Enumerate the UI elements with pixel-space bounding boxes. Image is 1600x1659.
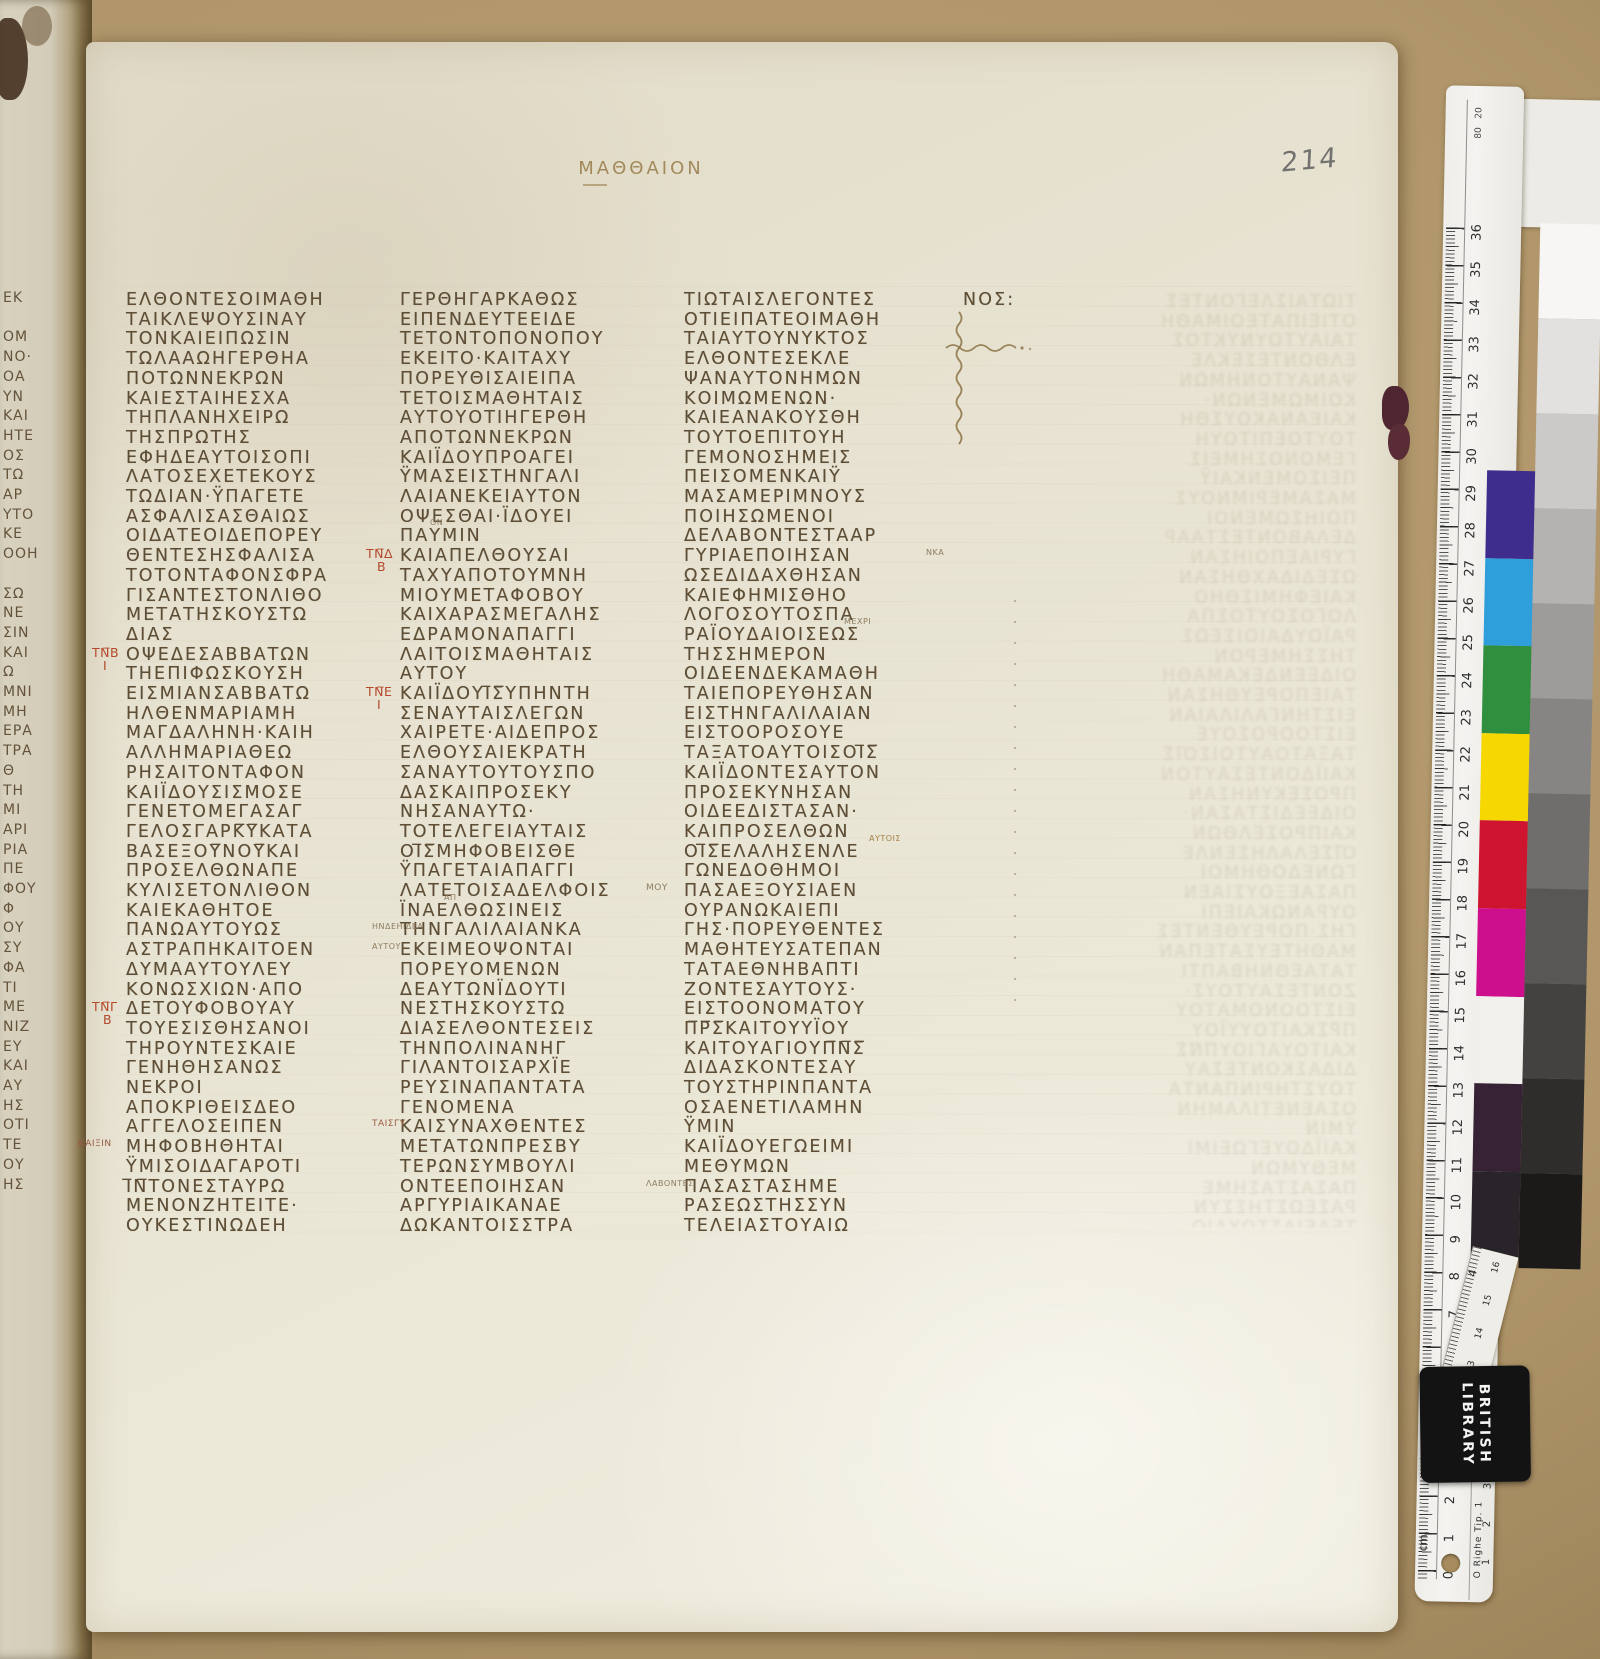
ruler-number: 27	[1462, 556, 1477, 580]
text-line: ΓΕΛΟΣΓΑΡΚ̅Υ̅ΚΑΤΑ	[126, 822, 314, 842]
text-line: ΔΙΑΣ	[126, 625, 175, 645]
text-line: ΤΗΝΠΟΛΙΝΑΝΗΓ	[400, 1039, 567, 1059]
text-line: ΤΟΥΣΤΗΡΙΝΠΑΝΤΑ	[684, 1078, 873, 1098]
ruler-mm-ticks	[1418, 227, 1455, 1579]
ruler-number: 18	[1455, 892, 1470, 916]
folio-edge-fragment: ΜΕ	[3, 999, 49, 1015]
text-line: ΤΑΙΑΥΤΟΥΝΥΚΤΟΣ	[684, 329, 870, 349]
text-line: ΚΥΛΙΣΕΤΟΝΛΙΘΟΝ	[126, 881, 312, 901]
folio-edge-fragment: Φ	[3, 901, 49, 917]
text-line: ΝΕΣΤΗΣΚΟΥΣΤΩ	[400, 999, 566, 1019]
text-line: ΟΝΤΕΕΠΟΙΗΣΑΝ	[400, 1177, 566, 1197]
ruler-top-label-80: 80	[1474, 127, 1484, 139]
color-patch	[1476, 908, 1526, 997]
text-line: ΑΠΟΤΩΝΝΕΚΡΩΝ	[400, 428, 574, 448]
text-line: ΡΗΣΑΙΤΟΝΤΑΦΟΝ	[126, 763, 306, 783]
ink-stain-2	[1388, 424, 1410, 460]
text-line: ΓΕΡΘΗΓΑΡΚΑΘΩΣ	[400, 290, 580, 310]
grayscale-card-top	[1517, 99, 1600, 229]
folding-ruler-arm: 161514131243	[1426, 1246, 1518, 1442]
ruler-number: 28	[1463, 519, 1478, 543]
folio-edge-fragment: ΣΩ	[3, 586, 49, 602]
folio-edge-fragment: ΝΕ	[3, 605, 49, 621]
arm-numbers: 161514131243	[1474, 1246, 1519, 1257]
ruler-number: 3	[1444, 1451, 1459, 1475]
arm-big-number: 4	[1466, 1268, 1480, 1278]
text-line: ΚΟΝΩΣΧΙΩΝ·ΑΠΟ	[126, 980, 304, 1000]
cm-unit-label: cm.	[1416, 1531, 1429, 1552]
cm-ruler	[1414, 85, 1524, 1602]
text-line: ΑΛΛΗΜΑΡΙΑΘΕΩ	[126, 743, 293, 763]
text-line: ΔΕΤΟΥΦΟΒΟΥΑΥ	[126, 999, 296, 1019]
text-line: ΟΙΔΑΤΕΟΙΔΕΠΟΡΕΥ	[126, 526, 323, 546]
folio-edge-fragment: ΗΤΕ	[3, 428, 49, 444]
corrector-gloss: ΜΕΧΡΙ	[844, 617, 871, 626]
text-line: ΓΕΜΟΝΟΣΗΜΕΙΣ	[684, 448, 852, 468]
british-library-label-line1: BRITISH	[1475, 1382, 1493, 1466]
ruler-number: 6	[1446, 1339, 1461, 1363]
ruler-number: 34	[1468, 295, 1483, 319]
ruler-number: 15	[1453, 1003, 1468, 1027]
text-line: ΕΛΘΟΝΤΕΣΟΙΜΑΘΗ	[126, 290, 325, 310]
ruler-numbers: 3635343332313029282726252423222120191817…	[2, 0, 1600, 3]
british-library-label-line2: LIBRARY	[1458, 1382, 1476, 1466]
text-line: Π̅Ρ̅Σ̅ΚΑΙΤΟΥΥΪΟΥ	[684, 1019, 850, 1039]
text-line: ΟΙ̅Σ̅ΕΛΑΛΗΣΕΝΛΕ	[684, 842, 860, 862]
corrector-gloss: ΑΥΤΟΙΣ	[869, 834, 901, 843]
color-patch	[1485, 470, 1535, 559]
text-line: ΗΛΘΕΝΜΑΡΙΑΜΗ	[126, 704, 297, 724]
text-line: ΑΣΤΡΑΠΗΚΑΙΤΟΕΝ	[126, 940, 315, 960]
text-line: ΪΝΑΕΛΘΩΣΙΝΕΙΣ	[400, 901, 564, 921]
color-patch	[1478, 821, 1528, 910]
text-line: ΑΥΤΟΥ	[400, 664, 468, 684]
text-line: ΕΙΣΤΟΟΡΟΣΟΥΕ	[684, 723, 846, 743]
folio-edge-fragment: ΥΤΟ	[3, 507, 49, 523]
righe-scale-label: O Righe Tip. 1	[1473, 1501, 1485, 1579]
folio-edge-fragment: ΟΑ	[3, 369, 49, 385]
text-line: ΟΥΡΑΝΩΚΑΙΕΠΙ	[684, 901, 841, 921]
text-line: ΠΕΙΣΟΜΕΝΚΑΙΫ	[684, 467, 842, 487]
text-line: ΚΑΙΕΚΑΘΗΤΟΕ	[126, 901, 275, 921]
corrector-gloss: ΝΑΙΞΙΝ	[78, 1139, 112, 1149]
folio-number: 214	[1280, 142, 1339, 178]
text-line: ΤΗΕΠΙΦΩΣΚΟΥΣΗ	[126, 664, 305, 684]
text-line: ΨΑΝΑΥΤΟΝΗΜΩΝ	[684, 369, 863, 389]
text-line: ΤΕΛΕΙΑΣΤΟΥΑΙΩ	[684, 1216, 850, 1236]
text-line: ΤΗΠΛΑΝΗΧΕΙΡΩ	[126, 408, 291, 428]
eusebian-canon-number: Β	[103, 1012, 112, 1027]
text-line: ΟΣΑΕΝΕΤΙΛΑΜΗΝ	[684, 1098, 864, 1118]
text-line: ΒΑΣΕΞΟΥ̅ΝΟΥ̅ΚΑΙ	[126, 842, 301, 862]
text-line: ΠΡΟΣΕΛΘΩΝΑΠΕ	[126, 861, 299, 881]
ruler-divider-line-2	[1468, 1270, 1476, 1600]
eusebian-canon-number: Ι	[377, 697, 381, 712]
text-line: ΕΔΡΑΜΟΝΑΠΑΓΓΙ	[400, 625, 577, 645]
folio-edge-fragment: ΤΕ	[3, 1137, 49, 1153]
text-line: ΜΕΘΥΜΩΝ	[684, 1157, 791, 1177]
ruler-number: 10	[1449, 1190, 1464, 1214]
folio-edge-fragment: ΟΜ	[3, 329, 49, 345]
text-line: ΕΚΕΙΜΕΟΨΟΝΤΑΙ	[400, 940, 574, 960]
text-line: ΤΗΣΣΗΜΕΡΟΝ	[684, 645, 828, 665]
text-line: ΠΑΣΑΕΞΟΥΣΙΑΕΝ	[684, 881, 858, 901]
text-line: ΜΕΤΑΤΩΝΠΡΕΣΒΥ	[400, 1137, 582, 1157]
corrector-gloss: ΝΚΑ	[926, 548, 944, 557]
folio-edge-fragment: ΕΥ	[3, 1039, 49, 1055]
color-patch	[1480, 733, 1530, 822]
text-line: ΚΑΙΪΔΟΥΕΓΩΕΙΜΙ	[684, 1137, 854, 1157]
text-line: ΚΑΙΪΔΟΥΠΡΟΑΓΕΙ	[400, 448, 575, 468]
color-patches	[2, 0, 1600, 3]
folio-edge-fragment: ΣΙΝ	[3, 625, 49, 641]
text-line: ΠΑΣΑΣΤΑΣΗΜΕ	[684, 1177, 839, 1197]
grayscale-step	[1520, 1078, 1584, 1174]
ruler-halfcm-ticks	[1418, 227, 1459, 1579]
ruler-top-label-20: 20	[1474, 107, 1484, 119]
ruler-number: 26	[1462, 593, 1477, 617]
text-line: Ι̅Ν̅ΤΟΝΕΣΤΑΥΡΩ	[126, 1177, 286, 1197]
ruler-number: 20	[1457, 817, 1472, 841]
text-line: ΠΟΡΕΥΘΙΣΑΙΕΙΠΑ	[400, 369, 577, 389]
text-line: ΤΟΝΚΑΙΕΙΠΩΣΙΝ	[126, 329, 292, 349]
grayscale-step	[1534, 413, 1598, 509]
ruler-number: 1	[1442, 1526, 1457, 1550]
text-line: ΜΕΤΑΤΗΣΚΟΥΣΤΩ	[126, 605, 308, 625]
ruler-number: 25	[1461, 631, 1476, 655]
text-line: ΑΣΦΑΛΙΣΑΣΘΑΙΩΣ	[126, 507, 311, 527]
folio-edge-fragment: ΜΙ	[3, 802, 49, 818]
righe-number: 4	[1483, 1445, 1494, 1452]
eusebian-canon-number: Β	[377, 559, 386, 574]
color-patch	[1483, 558, 1533, 647]
ruler-number: 8	[1447, 1264, 1462, 1288]
arm-number: 15	[1481, 1291, 1495, 1311]
pricking-dots	[1014, 600, 1016, 1020]
folio-edge-fragment: ΤΙ	[3, 980, 49, 996]
text-line: ΤΩΔΙΑΝ·ΫΠΑΓΕΤΕ	[126, 487, 306, 507]
grayscale-step	[1528, 698, 1592, 794]
text-line: ΚΑΙΪΔΟΥΙ̅Σ̅ΥΠΗΝΤΗ	[400, 684, 592, 704]
text-line: ΔΕΛΑΒΟΝΤΕΣΤΑΑΡ	[684, 526, 877, 546]
text-line: ΧΑΙΡΕΤΕ·ΑΙΔΕΠΡΟΣ	[400, 723, 600, 743]
text-line: ΡΑΪΟΥΔΑΙΟΙΣΕΩΣ	[684, 625, 860, 645]
folio-edge-fragment: ΠΕ	[3, 861, 49, 877]
folio-edge-fragment: ΦΑ	[3, 960, 49, 976]
text-line: ΛΑΤΕΤΟΙΣΑΔΕΛΦΟΙΣ	[400, 881, 611, 901]
text-line: ΟΤΙΕΙΠΑΤΕΟΙΜΑΘΗ	[684, 310, 881, 330]
corrector-gloss: ΜΟΥ	[646, 883, 668, 893]
text-line: ΠΟΡΕΥΟΜΕΝΩΝ	[400, 960, 562, 980]
folio-edge-fragment: ΟΟΗ	[3, 546, 49, 562]
folio-edge-fragment: ΚΑΙ	[3, 645, 49, 661]
text-line: ΠΟΙΗΣΩΜΕΝΟΙ	[684, 507, 835, 527]
arm-number: 14	[1473, 1323, 1487, 1343]
ruler-number: 21	[1458, 780, 1473, 804]
text-line: ΑΓΓΕΛΟΣΕΙΠΕΝ	[126, 1117, 284, 1137]
folio-edge-fragment: ΕΡΑ	[3, 723, 49, 739]
color-patch	[1471, 1171, 1521, 1260]
text-line: ΤΟΥΤΟΕΠΙΤΟΥΗ	[684, 428, 847, 448]
grayscale-step	[1524, 888, 1588, 984]
ruler-number: 22	[1458, 742, 1473, 766]
ruler-divider-line	[1436, 100, 1468, 1580]
text-line: ΑΥΤΟΥΟΤΙΗΓΕΡΘΗ	[400, 408, 588, 428]
text-line: ΕΙΣΤΗΝΓΑΛΙΛΑΙΑΝ	[684, 704, 873, 724]
text-line: ΔΥΜΑΑΥΤΟΥΛΕΥ	[126, 960, 292, 980]
text-line: ΓΩΝΕΔΟΘΗΜΟΙ	[684, 861, 841, 881]
text-line: ΕΚΕΙΤΟ·ΚΑΙΤΑΧΥ	[400, 349, 572, 369]
text-line: ΟΙΔΕΕΝΔΕΚΑΜΑΘΗ	[684, 664, 880, 684]
ruler-number: 9	[1448, 1227, 1463, 1251]
ruler-number: 13	[1451, 1078, 1466, 1102]
text-line: ΤΙΩΤΑΙΣΛΕΓΟΝΤΕΣ	[684, 290, 876, 310]
righe-number: 3	[1482, 1483, 1493, 1490]
righe-number: 2	[1482, 1521, 1493, 1528]
folio-edge-fragment: ΦΟΥ	[3, 881, 49, 897]
text-line: ΚΑΙΤΟΥΑΓΙΟΥΠ̅Ν̅Σ̅	[684, 1039, 866, 1059]
text-line: ΑΡΓΥΡΙΑΙΚΑΝΑΕ	[400, 1196, 563, 1216]
text-line: ΕΛΘΟΥΣΑΙΕΚΡΑΤΗ	[400, 743, 588, 763]
text-line: ΝΕΚΡΟΙ	[126, 1078, 204, 1098]
folio-edge-fragment: ΟΣ	[3, 448, 49, 464]
ruler-number: 5	[1445, 1376, 1460, 1400]
corrector-gloss: ΟΝ	[430, 518, 443, 527]
text-line: ΜΙΟΥΜΕΤΑΦΟΒΟΥ	[400, 586, 585, 606]
title-underline-mark	[583, 184, 607, 186]
text-line: ΛΟΓΟΣΟΥΤΟΣΠΑ	[684, 605, 855, 625]
ruler-number: 33	[1467, 332, 1482, 356]
text-line: ΔΩΚΑΝΤΟΙΣΣΤΡΑ	[400, 1216, 574, 1236]
text-line: ΤΕΤΟΙΣΜΑΘΗΤΑΙΣ	[400, 389, 585, 409]
ruler-number: 17	[1455, 929, 1470, 953]
text-line: ΤΟΥΕΣΙΣΘΗΣΑΝΟΙ	[126, 1019, 311, 1039]
text-line: ΟΥΚΕΣΤΙΝΩΔΕΗ	[126, 1216, 288, 1236]
grayscale-step	[1532, 508, 1596, 604]
color-patch	[1474, 996, 1524, 1085]
text-line: ΕΦΗΔΕΑΥΤΟΙΣΟΠΙ	[126, 448, 312, 468]
text-line: ΫΜΑΣΕΙΣΤΗΝΓΑΛΙ	[400, 467, 581, 487]
text-line: ΘΕΝΤΕΣΗΣΦΑΛΙΣΑ	[126, 546, 316, 566]
text-line: ΚΑΙΧΑΡΑΣΜΕΓΑΛΗΣ	[400, 605, 602, 625]
text-line: ΓΙΛΑΝΤΟΙΣΑΡΧΪΕ	[400, 1058, 573, 1078]
text-line: ΚΑΙΣΥΝΑΧΘΕΝΤΕΣ	[400, 1117, 588, 1137]
ruler-number: 35	[1469, 258, 1484, 282]
folio-edge-fragment: ΗΣ	[3, 1098, 49, 1114]
text-line: ΤΗΡΟΥΝΤΕΣΚΑΙΕ	[126, 1039, 298, 1059]
ruler-number: 7	[1447, 1302, 1462, 1326]
folio-edge-fragment: Ω	[3, 664, 49, 680]
ruler-number: 24	[1460, 668, 1475, 692]
folio-edge-fragment: ΝΙΖ	[3, 1019, 49, 1035]
text-line: ΤΑΧΥΑΠΟΤΟΥΜΝΗ	[400, 566, 588, 586]
text-line: ΛΑΤΟΣΕΧΕΤΕΚΟΥΣ	[126, 467, 318, 487]
text-line: ΤΕΡΩΝΣΥΜΒΟΥΛΙ	[400, 1157, 577, 1177]
folio-edge-fragment: ΚΑΙ	[3, 408, 49, 424]
text-line: ΤΕΤΟΝΤΟΠΟΝΟΠΟΥ	[400, 329, 605, 349]
ruler-number: 23	[1459, 705, 1474, 729]
folio-edge-fragment: ΝΟ·	[3, 349, 49, 365]
text-line: ΓΕΝΕΤΟΜΕΓΑΣΑΓ	[126, 802, 303, 822]
ruler-number: 14	[1452, 1041, 1467, 1065]
text-line: ΑΠΟΚΡΙΘΕΙΣΔΕΟ	[126, 1098, 297, 1118]
text-line: ΣΑΝΑΥΤΟΥΤΟΥΣΠΟ	[400, 763, 596, 783]
text-line: ΔΑΣΚΑΙΠΡΟΣΕΚΥ	[400, 783, 573, 803]
folio-edge-fragment: ΟΤΙ	[3, 1117, 49, 1133]
text-line: ΠΡΟΣΕΚΥΝΗΣΑΝ	[684, 783, 853, 803]
text-line: ΔΕΑΥΤΩΝΪΔΟΥΤΙ	[400, 980, 568, 1000]
color-patch	[1472, 1083, 1522, 1172]
grayscale-step	[1526, 793, 1590, 889]
folio-edge-fragment: ΣΥ	[3, 940, 49, 956]
text-line: ΠΟΤΩΝΝΕΚΡΩΝ	[126, 369, 286, 389]
folio-edge-fragment: ΟΥ	[3, 920, 49, 936]
binding-stain-2	[22, 6, 52, 46]
folio-edge-fragment: ΟΥ	[3, 1157, 49, 1173]
arm-number: 16	[1489, 1258, 1503, 1278]
arm-big-number: 3	[1441, 1365, 1455, 1375]
folio-edge-fragment: ΤΡΑ	[3, 743, 49, 759]
grayscale-step	[1538, 223, 1600, 319]
text-line: ΤΑΙΚΛΕΨΟΥΣΙΝΑΥ	[126, 310, 308, 330]
folio-edge-fragment: ΤΩ	[3, 467, 49, 483]
ruler-number: 31	[1465, 407, 1480, 431]
ruler-number: 16	[1454, 966, 1469, 990]
folio-edge-fragment: ΡΙΑ	[3, 842, 49, 858]
folio-edge-fragment: ΑΡΙ	[3, 822, 49, 838]
corrector-gloss: ΤΑΙΣΓΥ	[372, 1119, 406, 1129]
text-line: ΔΙΔΑΣΚΟΝΤΕΣΑΥ	[684, 1058, 857, 1078]
corrector-gloss: ΑΥΤΟΥ	[372, 942, 401, 951]
arm-number: 12	[1456, 1389, 1470, 1409]
running-title: ΜΑΘΘΑΙΟΝ	[541, 158, 741, 179]
text-line: ΔΙΑΣΕΛΘΟΝΤΕΣΕΙΣ	[400, 1019, 595, 1039]
text-line: ΣΕΝΑΥΤΑΙΣΛΕΓΩΝ	[400, 704, 585, 724]
text-line: ΤΗΝΓΑΛΙΛΑΙΑΝΚΑ	[400, 920, 583, 940]
text-line: ΚΑΙΪΔΟΝΤΕΣΑΥΤΟΝ	[684, 763, 881, 783]
text-line: ΡΕΥΣΙΝΑΠΑΝΤΑΤΑ	[400, 1078, 587, 1098]
grayscale-step	[1536, 318, 1600, 414]
text-line: ΓΕΝΗΘΗΣΑΝΩΣ	[126, 1058, 284, 1078]
text-line: ΚΑΙΪΔΟΥΣΙΣΜΟΣΕ	[126, 783, 304, 803]
corrector-gloss: ΑΠ	[444, 893, 457, 902]
folio-edge-fragment: ΥΝ	[3, 389, 49, 405]
folio-edge-fragment: ΗΣ	[3, 1177, 49, 1193]
british-library-label: BRITISH LIBRARY	[1419, 1365, 1531, 1483]
text-line: ΫΠΑΓΕΤΑΙΑΠΑΓΓΙ	[400, 861, 576, 881]
folio-edge-fragment: Θ	[3, 763, 49, 779]
text-line: ΜΑΘΗΤΕΥΣΑΤΕΠΑΝ	[684, 940, 883, 960]
ruler-number: 36	[1469, 220, 1484, 244]
folio-edge-fragment: ΜΝΙ	[3, 684, 49, 700]
text-line: ΓΕΝΟΜΕΝΑ	[400, 1098, 516, 1118]
ruler-number: 30	[1465, 444, 1480, 468]
text-line: ΠΑΝΩΑΥΤΟΥΩΣ	[126, 920, 283, 940]
manuscript-page: ΜΑΘΘΑΙΟΝ 214 ΕΛΘΟΝΤΕΣΟΙΜΑΘΗΤΑΙΚΛΕΨΟΥΣΙΝΑ…	[86, 42, 1398, 1632]
text-line: ΜΑΓΔΑΛΗΝΗ·ΚΑΙΗ	[126, 723, 315, 743]
ruler-cm-ticks	[1418, 227, 1464, 1580]
text-line: ΛΑΙΑΝΕΚΕΙΑΥΤΟΝ	[400, 487, 583, 507]
ruler-number: 11	[1450, 1153, 1465, 1177]
righe-scale-numbers: 1234	[2, 0, 1600, 3]
text-line: ΚΑΙΕΦΗΜΙΣΘΗΟ	[684, 586, 848, 606]
text-line: ΩΣΕΔΙΔΑΧΘΗΣΑΝ	[684, 566, 863, 586]
text-line: ΚΟΙΜΩΜΕΝΩΝ·	[684, 389, 837, 409]
text-line: ΓΗΣ·ΠΟΡΕΥΘΕΝΤΕΣ	[684, 920, 885, 940]
grayscale-step	[1518, 1173, 1582, 1269]
text-line: ΤΟΤΟΝΤΑΦΟΝΣΦΡΑ	[126, 566, 328, 586]
grayscale-step	[1530, 603, 1594, 699]
folio-edge-fragment: ΚΕ	[3, 526, 49, 542]
ruler-number: 2	[1443, 1488, 1458, 1512]
text-line: ΚΑΙΕΑΝΑΚΟΥΣΘΗ	[684, 408, 862, 428]
text-line: ΓΥΡΙΑΕΠΟΙΗΣΑΝ	[684, 546, 852, 566]
text-line: ΕΛΘΟΝΤΕΣΕΚΛΕ	[684, 349, 851, 369]
text-line: ΟΨΕΔΕΣΑΒΒΑΤΩΝ	[126, 645, 311, 665]
text-line: ΕΙΠΕΝΔΕΥΤΕΕΙΔΕ	[400, 310, 578, 330]
grayscale-wedge	[1518, 223, 1600, 1269]
text-line: ΤΑΞΑΤΟΑΥΤΟΙΣΟΙ̅Σ̅	[684, 743, 879, 763]
text-line: ΟΙΔΕΕΔΙΣΤΑΣΑΝ·	[684, 802, 859, 822]
text-line: ΜΑΣΑΜΕΡΙΜΝΟΥΣ	[684, 487, 867, 507]
folio-edge-fragment: ΚΑΙ	[3, 1058, 49, 1074]
text-line: ΝΟΣ:	[963, 290, 1015, 310]
text-line: ΚΑΙΕΣΤΑΙΗΕΣΧΑ	[126, 389, 291, 409]
ruler-number: 0	[1441, 1563, 1456, 1587]
grayscale-step	[1522, 983, 1586, 1079]
text-line: ΛΑΙΤΟΙΣΜΑΘΗΤΑΙΣ	[400, 645, 594, 665]
arm-ticks	[1427, 1246, 1481, 1432]
folio-edge-fragment: ΑΥ	[3, 1078, 49, 1094]
text-line: ΕΙΣΤΟΟΝΟΜΑΤΟΥ	[684, 999, 866, 1019]
text-line: ΚΑΙΠΡΟΣΕΛΘΩΝ	[684, 822, 850, 842]
arm-number: 13	[1464, 1356, 1478, 1376]
text-line: ΫΜΙΝ	[684, 1117, 736, 1137]
text-line: ΜΗΦΟΒΗΘΗΤΑΙ	[126, 1137, 285, 1157]
ruler-number: 12	[1451, 1115, 1466, 1139]
text-line: ΕΙΣΜΙΑΝΣΑΒΒΑΤΩ	[126, 684, 311, 704]
ruler-number: 29	[1464, 481, 1479, 505]
ruler-hole	[1441, 1554, 1460, 1573]
corrector-gloss: ΗΝΔΕΗΙΔΕΑ	[372, 922, 423, 931]
folio-edge-fragment: ΤΗ	[3, 783, 49, 799]
text-line: ΫΜΙΣΟΙΔΑΓΑΡΟΤΙ	[126, 1157, 302, 1177]
text-line: ΠΑΥΜΙΝ	[400, 526, 482, 546]
righe-number: 1	[1481, 1559, 1492, 1566]
ruler-number: 32	[1466, 369, 1481, 393]
text-line: ΓΙΣΑΝΤΕΣΤΟΝΛΙΘΟ	[126, 586, 324, 606]
text-line: ΤΗΣΠΡΩΤΗΣ	[126, 428, 252, 448]
text-line: ΟΙ̅Σ̅ΜΗΦΟΒΕΙΣΘΕ	[400, 842, 577, 862]
color-patch	[1482, 645, 1532, 734]
eusebian-canon-number: Ι	[103, 658, 107, 673]
text-line: ΖΟΝΤΕΣΑΥΤΟΥΣ·	[684, 980, 857, 1000]
text-line: ΤΩΛΑΑΩΗΓΕΡΘΗΑ	[126, 349, 310, 369]
ruler-number: 19	[1456, 854, 1471, 878]
text-line: ΤΑΤΑΕΘΝΗΒΑΠΤΙ	[684, 960, 861, 980]
text-line: ΡΑΣΕΩΣΤΗΣΣΥΝ	[684, 1196, 848, 1216]
text-line: ΟΨΕΣΘΑΙ·ΪΔΟΥΕΙ	[400, 507, 573, 527]
folio-edge-fragment: ΕΚ	[3, 290, 49, 306]
text-line: ΚΑΙΑΠΕΛΘΟΥΣΑΙ	[400, 546, 571, 566]
corrector-gloss: ΛΑΒΟΝΤΕΣ	[646, 1179, 694, 1188]
folio-edge-fragment: ΑΡ	[3, 487, 49, 503]
ruler-number: 4	[1444, 1414, 1459, 1438]
text-line: ΤΑΙΕΠΟΡΕΥΘΗΣΑΝ	[684, 684, 875, 704]
manuscript-photo: ΕΚΟΜΝΟ·ΟΑΥΝΚΑΙΗΤΕΟΣΤΩΑΡΥΤΟΚΕΟΟΗΣΩΝΕΣΙΝΚΑ…	[0, 0, 1600, 1659]
folio-edge-fragment: ΜΗ	[3, 704, 49, 720]
binding-spine: ΕΚΟΜΝΟ·ΟΑΥΝΚΑΙΗΤΕΟΣΤΩΑΡΥΤΟΚΕΟΟΗΣΩΝΕΣΙΝΚΑ…	[0, 0, 92, 1659]
